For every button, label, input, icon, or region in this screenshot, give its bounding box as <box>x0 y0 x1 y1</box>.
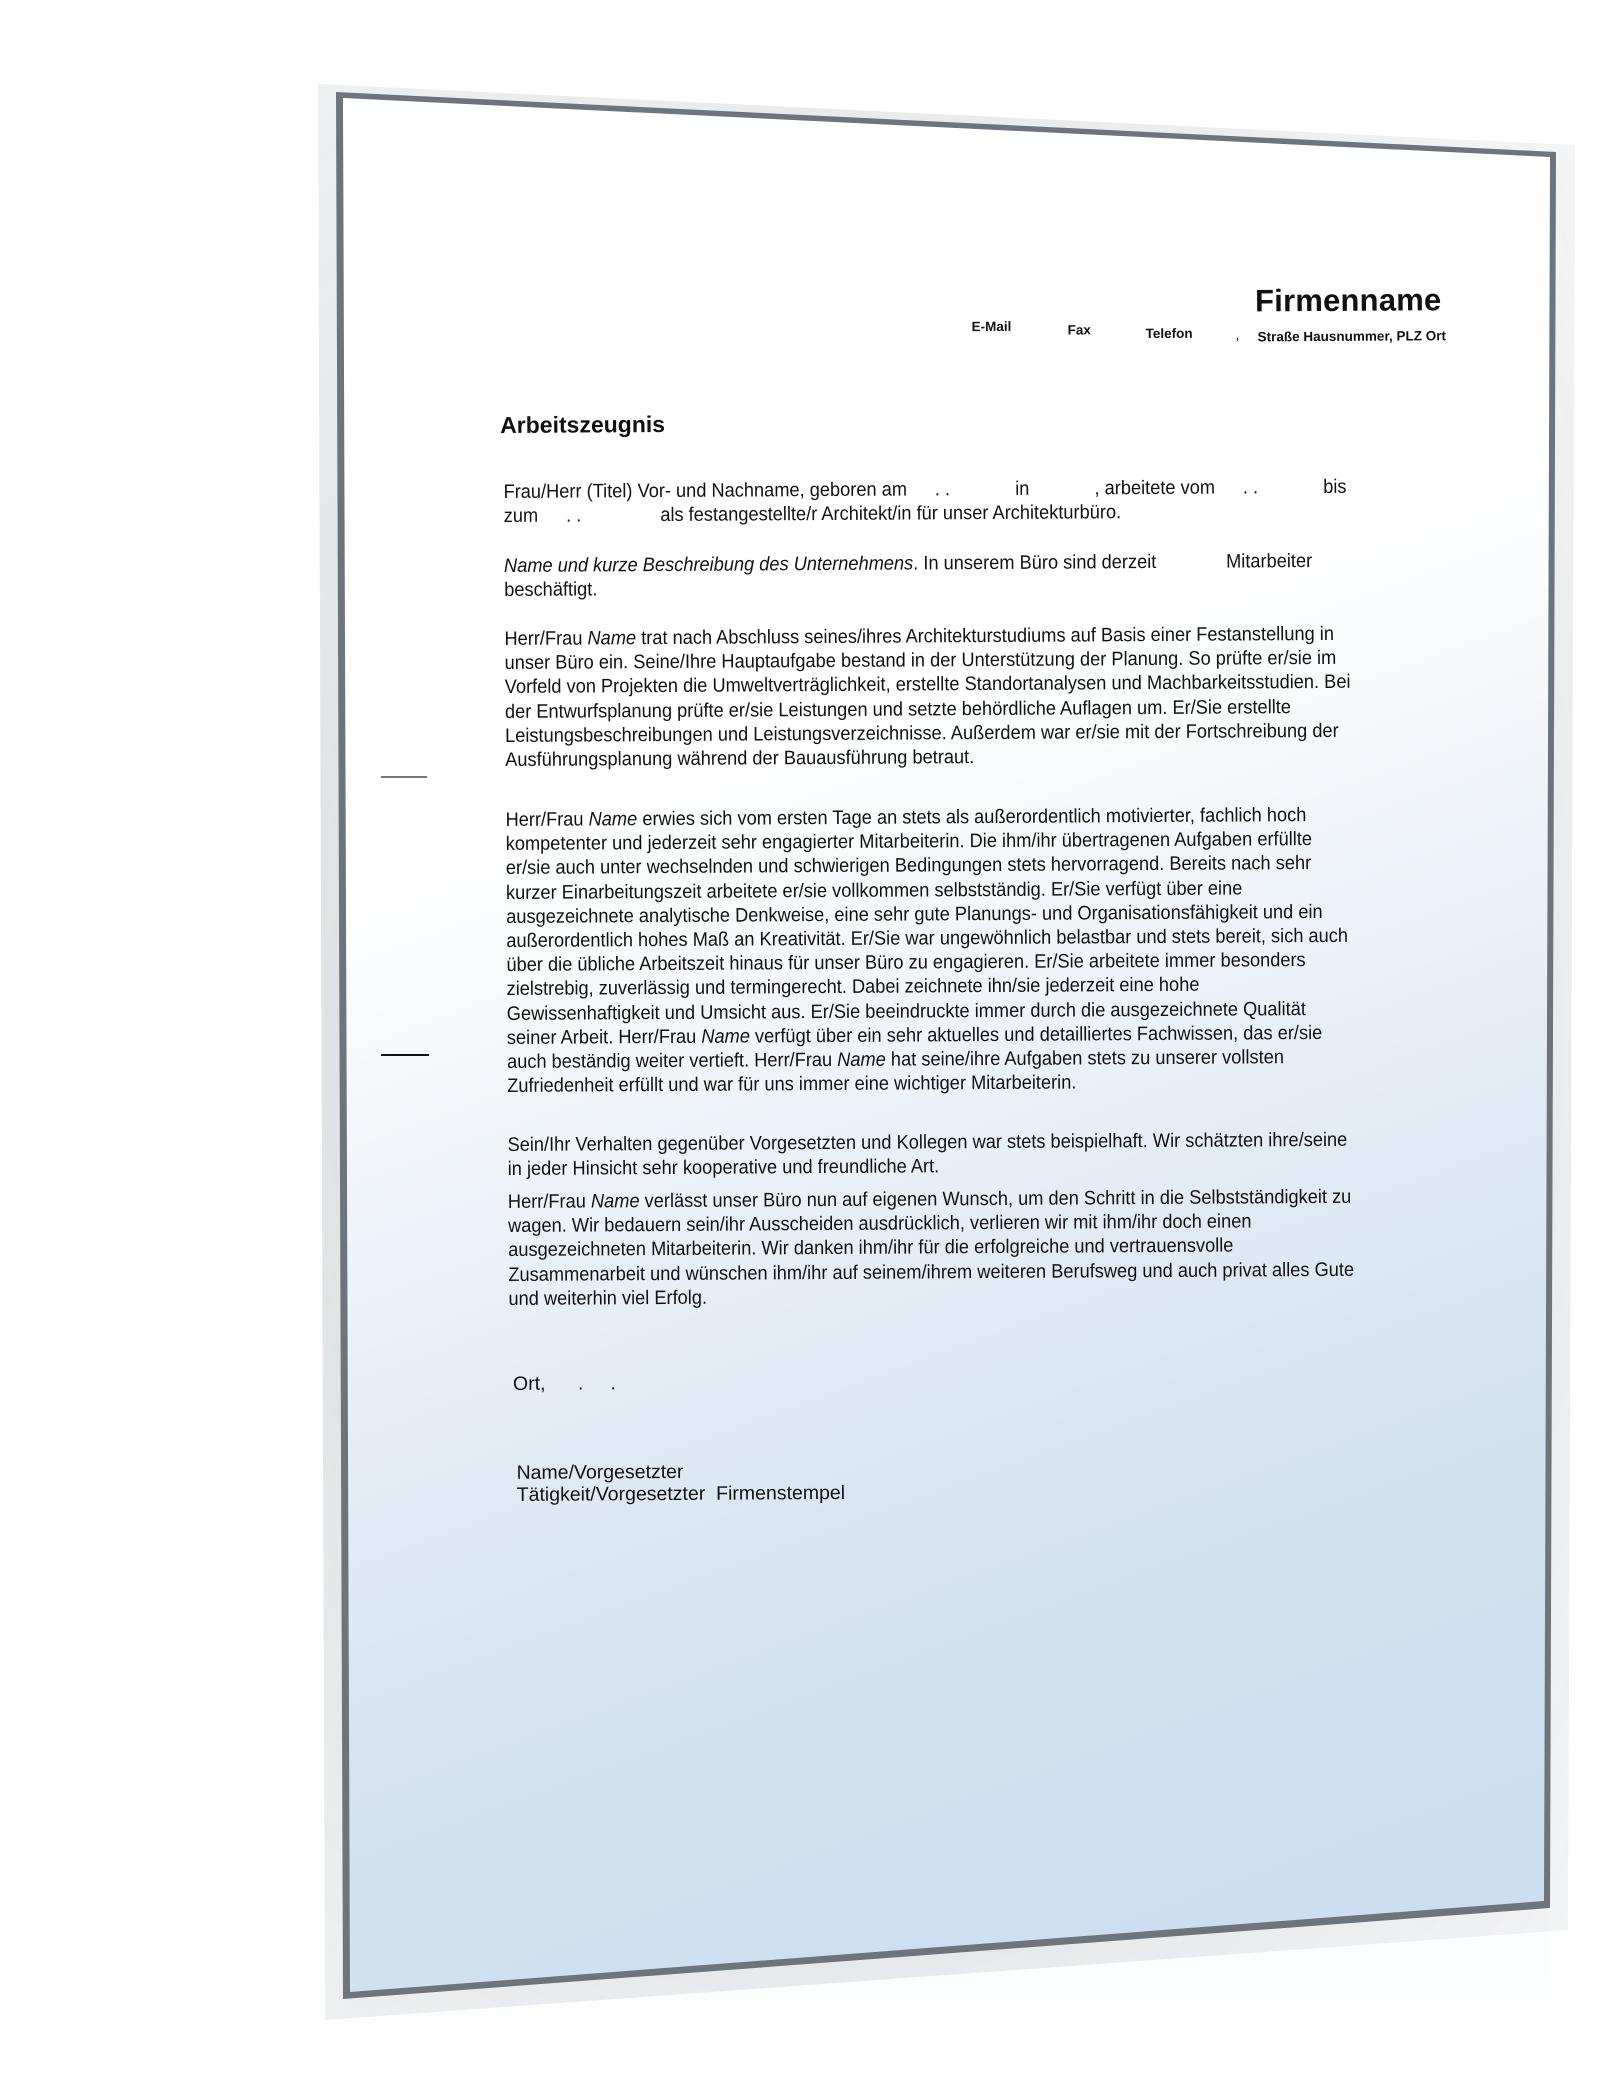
paragraph-line: in jeder Hinsicht sehr kooperative und f… <box>508 1151 1466 1181</box>
company-desc-placeholder: Name und kurze Beschreibung des Unterneh… <box>504 552 913 576</box>
text-segment: Vorfeld von Projekten die Umweltverträgl… <box>505 671 1351 698</box>
in-text: in <box>1015 478 1029 500</box>
text-segment: über die übliche Arbeitszeit hinaus für … <box>506 949 1305 976</box>
start-date-placeholder: . . <box>1243 476 1258 498</box>
intro-paragraph: Frau/Herr (Titel) Vor- und Nachname, geb… <box>503 474 1461 528</box>
text-segment: er/sie auch unter wechselnden und schwie… <box>506 852 1311 879</box>
text-segment: in jeder Hinsicht sehr kooperative und f… <box>508 1156 940 1181</box>
place-date: Ort, . . <box>513 1372 616 1396</box>
intro-line-2: zum. .als festangestellte/r Architekt/in… <box>504 498 1462 528</box>
text-segment: ausgezeichnete analytische Denkweise, ei… <box>506 901 1323 928</box>
text-segment: Zufriedenheit erfüllt und war für uns im… <box>507 1072 1076 1097</box>
text-segment: wagen. Wir bedauern sein/ihr Ausscheiden… <box>508 1211 1252 1238</box>
signer-role: Tätigkeit/Vorgesetzter <box>517 1483 706 1506</box>
text-segment: Zusammenarbeit und wünschen ihm/ihr auf … <box>508 1258 1354 1285</box>
paragraph-line: und weiterhin viel Erfolg. <box>508 1281 1466 1311</box>
text-segment: trat nach Abschluss seines/ihres Archite… <box>636 623 1334 649</box>
text-segment: der Entwurfsplanung prüfte er/sie Leistu… <box>505 696 1291 723</box>
text-segment: Herr/Frau <box>508 1190 591 1213</box>
text-segment: erwies sich vom ersten Tage an stets als… <box>637 804 1306 830</box>
text-segment: auch beständig weiter vertieft. Herr/Fra… <box>507 1049 837 1073</box>
text-segment: verfügt über ein sehr aktuelles und deta… <box>750 1022 1322 1047</box>
paragraph-line: Zufriedenheit erfüllt und war für uns im… <box>507 1068 1465 1098</box>
document-content: Firmenname E-Mail Fax Telefon , Straße H… <box>0 0 1600 2100</box>
company-desc-text: . In unserem Büro sind derzeit <box>913 551 1156 574</box>
staff-label: Mitarbeiter <box>1226 550 1312 573</box>
signature-block: Name/Vorgesetzter Tätigkeit/Vorgesetzter… <box>516 1460 845 1506</box>
duties-paragraph: Herr/Frau Name trat nach Abschluss seine… <box>504 621 1463 772</box>
text-segment: zielstrebig, zuverlässig und termingerec… <box>507 974 1200 1000</box>
closing-paragraph: Herr/Frau Name verlässt unser Büro nun a… <box>508 1184 1467 1311</box>
company-stamp: Firmenstempel <box>716 1482 845 1505</box>
intro-text: Frau/Herr (Titel) Vor- und Nachname, geb… <box>503 479 907 503</box>
name-placeholder: Name <box>701 1025 750 1047</box>
name-placeholder: Name <box>587 627 636 649</box>
employment-text: , arbeitete vom <box>1094 477 1215 500</box>
zum-text: zum <box>504 505 539 527</box>
performance-paragraph: Herr/Frau Name erwies sich vom ersten Ta… <box>505 802 1465 1098</box>
name-placeholder: Name <box>591 1190 640 1212</box>
text-segment: hat seine/ihre Aufgaben stets zu unserer… <box>886 1046 1284 1070</box>
signer-role-line: Tätigkeit/Vorgesetzter Firmenstempel <box>517 1482 846 1506</box>
company-address: Straße Hausnummer, PLZ Ort <box>1258 328 1446 344</box>
email-label: E-Mail <box>972 319 1012 334</box>
text-segment: Ausführungsplanung während der Bauausfüh… <box>505 746 974 771</box>
end-date-placeholder: . . <box>566 505 581 527</box>
name-placeholder: Name <box>837 1049 886 1071</box>
text-segment: ausgezeichneten Mitarbeiterin. Wir danke… <box>508 1235 1233 1261</box>
conduct-paragraph: Sein/Ihr Verhalten gegenüber Vorgesetzte… <box>507 1127 1465 1181</box>
paragraph-line: Ausführungsplanung während der Bauausfüh… <box>505 742 1463 772</box>
phone-label: Telefon <box>1146 326 1193 341</box>
text-segment: Leistungsbeschreibungen und Leistungsver… <box>505 720 1339 747</box>
fax-label: Fax <box>1068 322 1091 337</box>
text-segment: Herr/Frau <box>505 808 588 831</box>
text-segment: Gewissenhaftigkeit und Umsicht aus. Er/S… <box>507 998 1306 1025</box>
text-segment: Sein/Ihr Verhalten gegenüber Vorgesetzte… <box>507 1129 1347 1156</box>
address-separator: , <box>1236 327 1240 342</box>
punch-mark <box>381 1054 429 1056</box>
document-title: Arbeitszeugnis <box>500 411 665 439</box>
text-segment: seiner Arbeit. Herr/Frau <box>507 1026 702 1049</box>
text-segment: verlässt unser Büro nun auf eigenen Wuns… <box>639 1186 1351 1212</box>
text-segment: kompetenter und jederzeit sehr engagiert… <box>506 828 1312 855</box>
bis-text: bis <box>1323 476 1346 498</box>
birth-date-placeholder: . . <box>935 478 950 500</box>
fold-mark <box>381 776 427 778</box>
position-text: als festangestellte/r Architekt/in für u… <box>660 501 1121 526</box>
company-description: Name und kurze Beschreibung des Unterneh… <box>504 548 1462 602</box>
signer-name: Name/Vorgesetzter <box>516 1460 845 1484</box>
text-segment: und weiterhin viel Erfolg. <box>508 1287 707 1310</box>
text-segment: Herr/Frau <box>504 627 587 650</box>
company-name: Firmenname <box>1255 282 1442 319</box>
name-placeholder: Name <box>589 808 638 830</box>
text-segment: kurzer Einarbeitungszeit arbeitete er/si… <box>506 877 1242 903</box>
